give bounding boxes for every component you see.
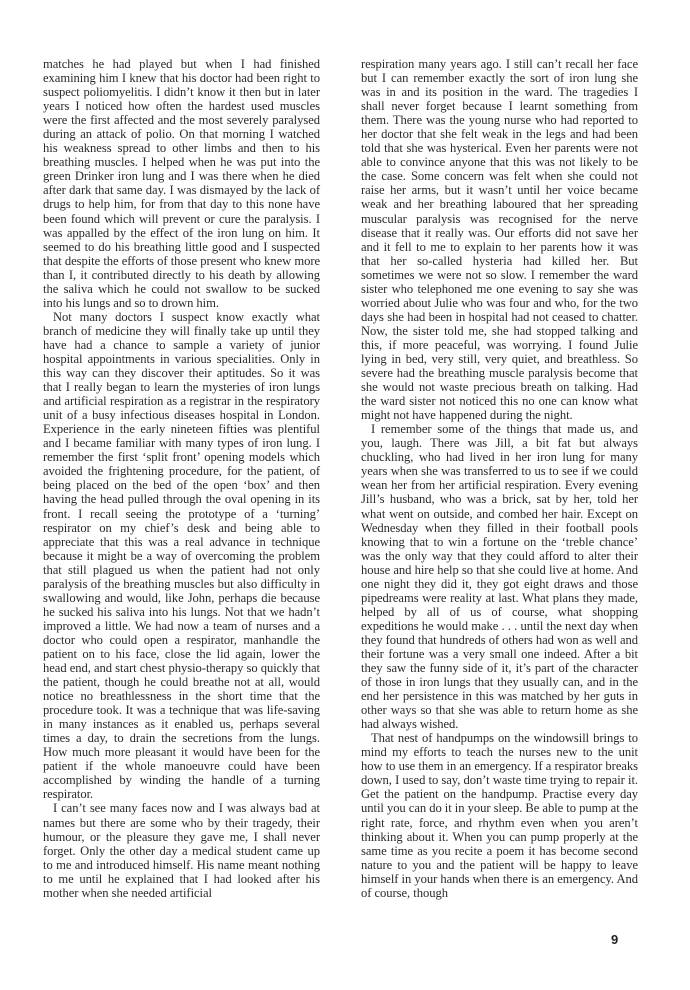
page-number: 9 (611, 932, 618, 947)
paragraph: matches he had played but when I had fin… (43, 57, 320, 310)
paragraph: respiration many years ago. I still can’… (361, 57, 638, 422)
book-page: matches he had played but when I had fin… (0, 0, 690, 990)
right-column: respiration many years ago. I still can’… (361, 57, 638, 900)
paragraph: Not many doctors I suspect know exactly … (43, 310, 320, 802)
paragraph: I can’t see many faces now and I was alw… (43, 801, 320, 899)
paragraph: That nest of handpumps on the windowsill… (361, 731, 638, 900)
left-column: matches he had played but when I had fin… (43, 57, 320, 900)
paragraph: I remember some of the things that made … (361, 422, 638, 731)
